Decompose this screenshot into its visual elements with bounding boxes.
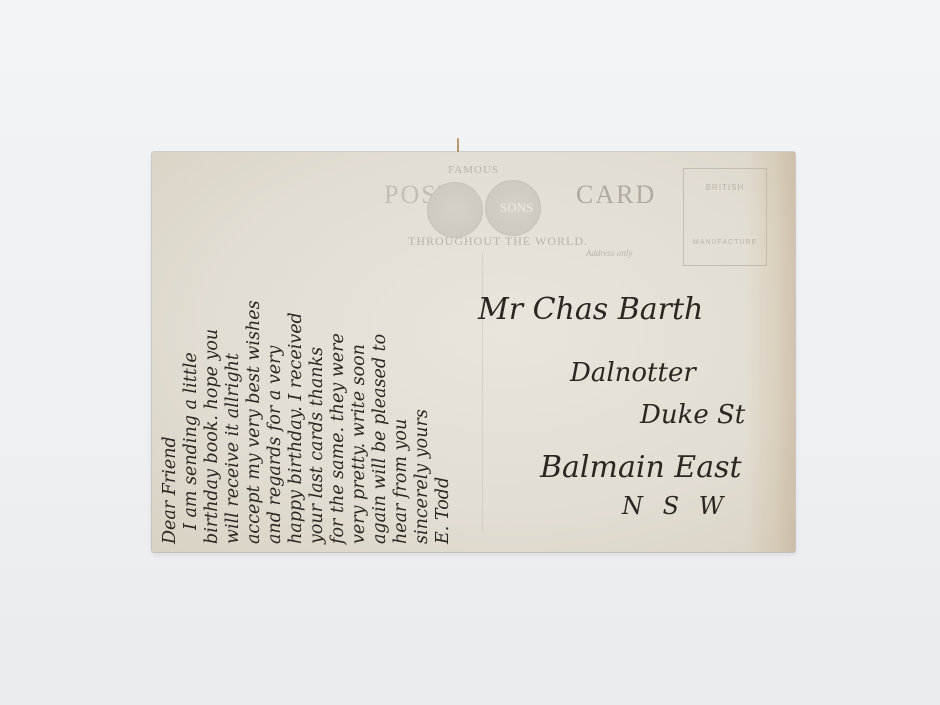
printed-address-only: Address only: [586, 248, 632, 258]
message-line: very pretty. write soon: [349, 154, 370, 544]
address-line-house: Dalnotter: [570, 358, 696, 388]
message-line: for the same. they were: [328, 154, 349, 544]
message-line: E. Todd: [433, 154, 454, 544]
message-line: accept my very best wishes: [244, 154, 265, 544]
message-line: will receive it allright: [223, 154, 244, 544]
address-line-suburb: Balmain East: [540, 450, 742, 485]
message-line: again will be pleased to: [370, 154, 391, 544]
address-line-name: Mr Chas Barth: [478, 292, 703, 327]
stamp-box-bottom-text: MANUFACTURE: [684, 239, 766, 246]
printed-sons: SONS: [500, 200, 533, 216]
message-line: sincerely yours: [412, 154, 433, 544]
message-line: birthday book. hope you: [202, 154, 223, 544]
message-line: your last cards thanks: [307, 154, 328, 544]
stamp-box: BRITISH MANUFACTURE: [683, 168, 767, 266]
address-line-state: N S W: [622, 492, 729, 520]
postcard: FAMOUS POST SONS CARD THROUGHOUT THE WOR…: [152, 152, 795, 552]
address-line-street: Duke St: [640, 400, 745, 430]
message-line: happy birthday. I received: [286, 154, 307, 544]
message-line: Dear Friend: [160, 154, 181, 544]
printed-card: CARD: [576, 180, 656, 210]
handwritten-message: Dear Friend I am sending a little birthd…: [160, 154, 480, 544]
message-line: hear from you: [391, 154, 412, 544]
message-line: and regards for a very: [265, 154, 286, 544]
stamp-box-top-text: BRITISH: [684, 183, 766, 192]
message-line: I am sending a little: [181, 154, 202, 544]
